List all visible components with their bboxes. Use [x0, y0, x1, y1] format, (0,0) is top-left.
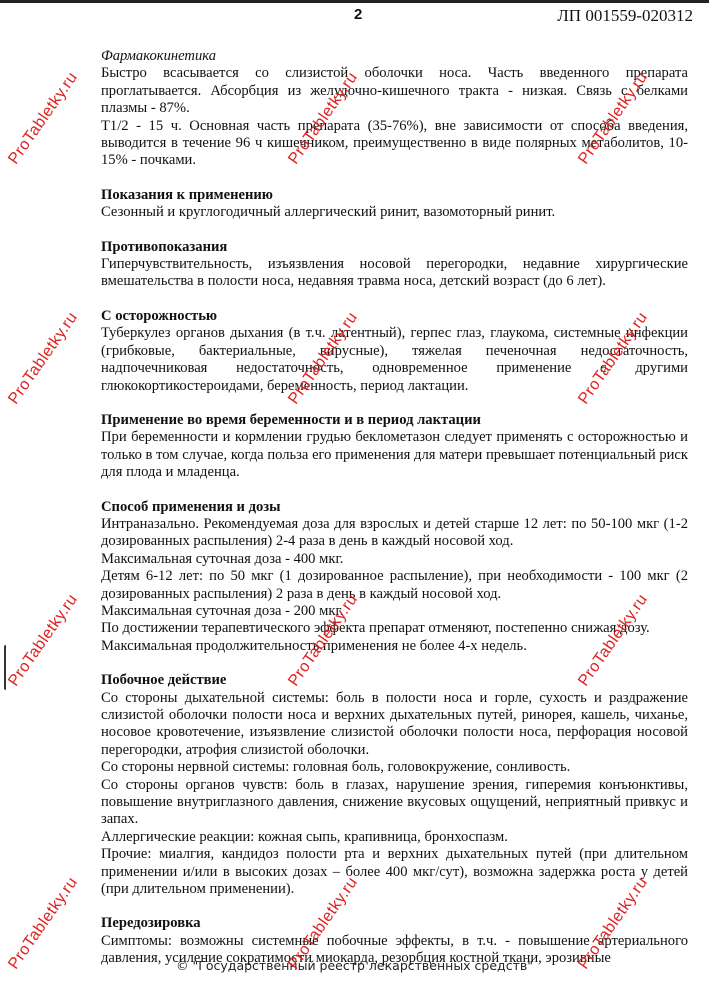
paragraph: Гиперчувствительность, изъязвления носов… [101, 256, 688, 291]
section-heading: Применение во время беременности и в пер… [101, 412, 688, 429]
document-id: ЛП 001559-020312 [557, 6, 693, 26]
paragraph: Максимальная суточная доза - 400 мкг. [101, 551, 688, 568]
section-heading: Фармакокинетика [101, 48, 688, 65]
paragraph: Быстро всасывается со слизистой оболочки… [101, 65, 688, 117]
section-contraindications: Противопоказания Гиперчувствительность, … [101, 239, 688, 291]
paragraph: Максимальная суточная доза - 200 мкг. [101, 603, 688, 620]
paragraph: При беременности и кормлении грудью бекл… [101, 429, 688, 481]
watermark: ProTabletky.ru [5, 591, 82, 690]
paragraph: Со стороны органов чувств: боль в глазах… [101, 777, 688, 829]
paragraph: Аллергические реакции: кожная сыпь, крап… [101, 829, 688, 846]
section-heading: С осторожностью [101, 308, 688, 325]
paragraph: Интраназально. Рекомендуемая доза для вз… [101, 516, 688, 551]
watermark: ProTabletky.ru [5, 69, 82, 168]
section-indications: Показания к применению Сезонный и кругло… [101, 187, 688, 222]
footer-copyright: © "Государственный реестр лекарственных … [0, 958, 709, 973]
document-body: Фармакокинетика Быстро всасывается со сл… [101, 48, 688, 985]
section-heading: Показания к применению [101, 187, 688, 204]
paragraph: Детям 6-12 лет: по 50 мкг (1 дозированно… [101, 568, 688, 603]
page-number: 2 [354, 6, 362, 23]
scan-binding-mark [4, 645, 9, 690]
scan-top-edge [0, 0, 709, 3]
paragraph: Со стороны нервной системы: головная бол… [101, 759, 688, 776]
paragraph: Со стороны дыхательной системы: боль в п… [101, 690, 688, 760]
section-heading: Противопоказания [101, 239, 688, 256]
paragraph: Прочие: миалгия, кандидоз полости рта и … [101, 846, 688, 898]
watermark: ProTabletky.ru [5, 309, 82, 408]
paragraph: По достижении терапевтического эффекта п… [101, 620, 688, 637]
section-dosage: Способ применения и дозы Интраназально. … [101, 499, 688, 656]
section-pregnancy: Применение во время беременности и в пер… [101, 412, 688, 482]
section-side-effects: Побочное действие Со стороны дыхательной… [101, 672, 688, 898]
paragraph: Сезонный и круглогодичный аллергический … [101, 204, 688, 221]
section-heading: Способ применения и дозы [101, 499, 688, 516]
